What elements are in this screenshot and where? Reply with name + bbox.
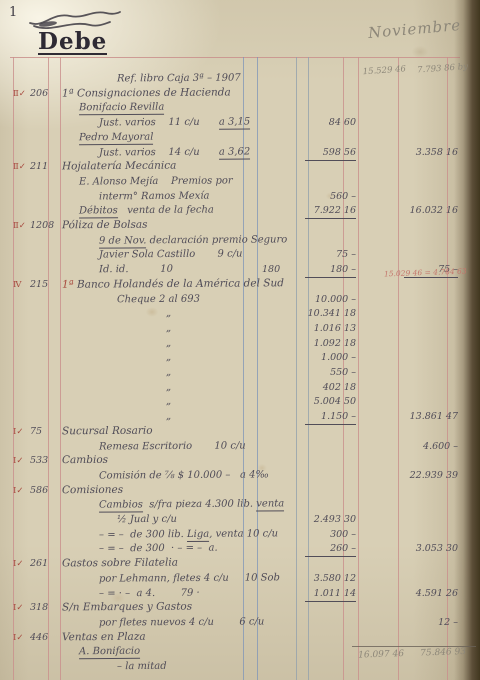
entry-text: – = – de 300 · – = – a. bbox=[99, 542, 218, 556]
ledger-row: Comisión de ⅞ $ 10.000 – a 4‰22.939 39 bbox=[0, 469, 478, 484]
amount-total: 4.591 26 bbox=[404, 587, 458, 600]
entry-text-part: „ bbox=[166, 308, 171, 319]
ledger-row: Ⅰ✓318S/n Embarques y Gastos bbox=[0, 601, 478, 616]
entry-text-part: Bonifacio Revilla bbox=[79, 102, 164, 116]
entry-text-part: – = – de 300 · – = – a. bbox=[99, 543, 218, 555]
entry-text: Cambios bbox=[62, 454, 108, 467]
entry-text: por Lehmann, fletes 4 c/u 10 Sob bbox=[99, 571, 280, 585]
ledger-row: „402 18 bbox=[0, 381, 478, 396]
ledger-row: 9 de Nov. declaración premio Seguro bbox=[0, 234, 478, 249]
amount-partial: 2.493 30 bbox=[305, 513, 356, 526]
amount-partial: 7.922 16 bbox=[305, 204, 356, 219]
amount-total: 16.032 16 bbox=[404, 204, 458, 217]
entry-text-part: por Lehmann, fletes 4 c/u 10 Sob bbox=[99, 572, 280, 584]
ledger-row: E. Alonso Mejía Premios por bbox=[0, 175, 478, 190]
entry-text: Just. varios 14 c/u a 3,62 bbox=[99, 145, 250, 159]
entry-text-part: Pedro Mayoral bbox=[79, 132, 153, 146]
amount-partial: 402 18 bbox=[305, 381, 356, 394]
entry-text-part: Banco Holandés de la América del Sud bbox=[77, 277, 284, 290]
entry-text-part: Id. id. 10 bbox=[99, 264, 173, 276]
ledger-row: – = – de 300 lib. Liga, venta 10 c/u300 … bbox=[0, 528, 478, 543]
entry-text: Comisiones bbox=[62, 483, 123, 496]
entry-text: – = · – a 4. 79 · bbox=[99, 586, 200, 600]
entry-text: „ bbox=[166, 381, 171, 394]
entry-text: „ bbox=[166, 366, 171, 379]
entry-text: – = – de 300 lib. Liga, venta 10 c/u bbox=[99, 527, 278, 541]
entry-text: Ref. libro Caja 3ª – 1907 bbox=[117, 72, 241, 86]
entry-text: Comisión de ⅞ $ 10.000 – a 4‰ bbox=[99, 468, 269, 482]
ledger-row: Pedro Mayoral bbox=[0, 131, 478, 146]
ledger-row: Remesa Escritorio 10 c/u4.600 – bbox=[0, 440, 478, 455]
entry-text: – la mitad bbox=[117, 660, 167, 673]
entry-text-part: Comisiones bbox=[62, 483, 123, 495]
entry-text-part: Javier Sola Castillo 9 c/u bbox=[99, 249, 243, 261]
pencil-total-bottom-left: 16.097 46 bbox=[348, 649, 404, 661]
entry-text-part: S/n Embarques y Gastos bbox=[62, 601, 192, 614]
account-number: 211 bbox=[30, 160, 58, 173]
amount-partial: 1.011 14 bbox=[305, 587, 356, 602]
ledger-row: Javier Sola Castillo 9 c/u75 – bbox=[0, 248, 478, 263]
month-label: Noviembre bbox=[367, 16, 461, 42]
entry-text-part: E. Alonso Mejía Premios por bbox=[79, 175, 233, 187]
ledger-row: Ⅰ✓446Ventas en Plaza bbox=[0, 631, 478, 646]
amount-total: 3.053 30 bbox=[404, 542, 458, 555]
entry-text: 9 de Nov. declaración premio Seguro bbox=[99, 233, 287, 247]
amount-partial: 84 60 bbox=[305, 116, 356, 129]
entry-text: interm° Ramos Mexía bbox=[99, 189, 210, 203]
entry-text: S/n Embarques y Gastos bbox=[62, 601, 192, 615]
entry-text: Ventas en Plaza bbox=[62, 630, 146, 644]
ledger-row: „1.150 –13.861 47 bbox=[0, 410, 478, 425]
page-title: Debe bbox=[38, 30, 107, 55]
amount-partial: 1.000 – bbox=[305, 351, 356, 364]
entry-text-part: a 3,62 bbox=[219, 146, 250, 159]
entry-text-part: A. Bonifacio bbox=[79, 646, 140, 659]
entry-text-part: interm° Ramos Mexía bbox=[99, 190, 210, 202]
entry-text-part: 1ª bbox=[62, 87, 77, 99]
ledger-row: Cambios s/fra pieza 4.300 lib. venta bbox=[0, 498, 478, 513]
amount-total: 13.861 47 bbox=[404, 410, 458, 423]
ledger-row: – = · – a 4. 79 ·1.011 144.591 26 bbox=[0, 587, 478, 602]
ledger-row: ½ Jual y c/u2.493 30 bbox=[0, 513, 478, 528]
check-mark: Ⅱ✓ bbox=[13, 161, 26, 174]
entry-text: por fletes nuevos 4 c/u 6 c/u bbox=[99, 615, 264, 629]
amount-partial: 598 56 bbox=[305, 146, 356, 161]
ledger-row: „1.000 – bbox=[0, 351, 478, 366]
entry-text-part: declaración premio Seguro bbox=[146, 234, 287, 246]
amount-partial: 10.000 – bbox=[305, 293, 356, 306]
account-number: 75 bbox=[30, 425, 58, 438]
ledger-row: „550 – bbox=[0, 366, 478, 381]
entry-text-part: Ref. libro Caja 3ª – 1907 bbox=[117, 73, 241, 85]
entry-text-part: – = · – a 4. 79 · bbox=[99, 587, 200, 599]
entry-text-part: – = – de 300 lib. bbox=[99, 529, 187, 541]
top-rule-line bbox=[10, 57, 460, 58]
check-mark: Ⅰ✓ bbox=[13, 632, 23, 645]
entry-text: Just. varios 11 c/u a 3,15 bbox=[99, 116, 250, 130]
check-mark: Ⅰ✓ bbox=[13, 426, 23, 439]
amount-total: 12 – bbox=[404, 616, 458, 629]
entry-text: Cambios s/fra pieza 4.300 lib. venta bbox=[99, 498, 284, 512]
account-number: 215 bbox=[30, 278, 58, 291]
entry-text: „ bbox=[166, 395, 171, 408]
entry-text-part: Just. varios 14 c/u bbox=[99, 146, 219, 158]
ledger-row: – la mitad bbox=[0, 660, 478, 675]
ledger-row: Ref. libro Caja 3ª – 1907 bbox=[0, 72, 478, 87]
check-mark: Ⅱ✓ bbox=[13, 220, 26, 233]
entry-text: 1ª Consignaciones de Hacienda bbox=[62, 86, 231, 100]
ledger-row: „5.004 50 bbox=[0, 395, 478, 410]
ledger-row: por fletes nuevos 4 c/u 6 c/u12 – bbox=[0, 616, 478, 631]
entry-text: „ bbox=[166, 410, 171, 423]
ledger-row: interm° Ramos Mexía560 – bbox=[0, 190, 478, 205]
ledger-row: „1.016 13 bbox=[0, 322, 478, 337]
ledger-row: Bonifacio Revilla bbox=[0, 101, 478, 116]
entry-text: Remesa Escritorio 10 c/u bbox=[99, 439, 246, 453]
entry-text-part: 9 de Nov. bbox=[99, 235, 147, 248]
check-mark: Ⅰ✓ bbox=[13, 485, 23, 498]
entry-text: Póliza de Bolsas bbox=[62, 219, 148, 233]
entry-text: „ bbox=[166, 337, 171, 350]
pencil-total-bottom-right: 75.846 93 bbox=[408, 647, 466, 659]
entry-text-part: „ bbox=[166, 323, 171, 334]
entry-text-part: Cheque 2 al 693 bbox=[117, 293, 200, 305]
entry-text-part: „ bbox=[166, 352, 171, 363]
entry-text: Gastos sobre Filatelia bbox=[62, 557, 178, 571]
account-number: 206 bbox=[30, 87, 58, 100]
account-number: 446 bbox=[30, 631, 58, 644]
entry-text-part: venta de la fecha bbox=[118, 205, 214, 217]
check-mark: Ⅰ✓ bbox=[13, 455, 23, 468]
ledger-row: Just. varios 11 c/u a 3,1584 60 bbox=[0, 116, 478, 131]
entry-text-part: Póliza de Bolsas bbox=[62, 219, 148, 232]
ledger-row: Ⅱ✓1208Póliza de Bolsas bbox=[0, 219, 478, 234]
ledger-row: Ⅰ✓75Sucursal Rosario bbox=[0, 425, 478, 440]
ledger-row: „10.341 18 bbox=[0, 307, 478, 322]
ledger-row: por Lehmann, fletes 4 c/u 10 Sob3.580 12 bbox=[0, 572, 478, 587]
entry-text: Bonifacio Revilla bbox=[79, 101, 164, 115]
entry-text-part: Hojalatería Mecánica bbox=[62, 160, 176, 173]
amount-partial: 1.092 18 bbox=[305, 337, 356, 350]
entry-text-part: s/fra pieza 4.300 lib. bbox=[143, 499, 256, 511]
amount-total: 22.939 39 bbox=[404, 469, 458, 482]
amount-gap: 180 bbox=[262, 263, 294, 276]
entry-text-part: „ bbox=[166, 396, 171, 407]
entry-text-part: – la mitad bbox=[117, 661, 167, 672]
entry-text-part: „ bbox=[166, 382, 171, 393]
amount-partial: 300 – bbox=[305, 528, 356, 541]
entry-text: Cheque 2 al 693 bbox=[117, 292, 200, 306]
entry-text-part: Débitos bbox=[79, 205, 118, 218]
ledger-row: – = – de 300 · – = – a.260 –3.053 30 bbox=[0, 542, 478, 557]
entry-text-part: Sucursal Rosario bbox=[62, 424, 153, 437]
entry-text-part: a 3,15 bbox=[219, 117, 250, 130]
ledger-row: Cheque 2 al 69310.000 – bbox=[0, 293, 478, 308]
entry-text-part: por fletes nuevos 4 c/u 6 c/u bbox=[99, 616, 264, 628]
check-mark: Ⅰ✓ bbox=[13, 602, 23, 615]
entry-text-part: „ bbox=[166, 411, 171, 422]
ledger-row: Ⅰ✓533Cambios bbox=[0, 454, 478, 469]
account-number: 318 bbox=[30, 601, 58, 614]
amount-partial: 1.016 13 bbox=[305, 322, 356, 335]
ledger-row: Ⅰ✓586Comisiones bbox=[0, 484, 478, 499]
entry-text: ½ Jual y c/u bbox=[117, 513, 177, 526]
entry-text-part: 1ª bbox=[62, 278, 77, 290]
amount-partial: 550 – bbox=[305, 366, 356, 379]
entry-text: 1ª Banco Holandés de la América del Sud bbox=[62, 277, 284, 292]
amount-partial: 560 – bbox=[305, 190, 356, 203]
ledger-row: „1.092 18 bbox=[0, 337, 478, 352]
entry-text-part: Cambios bbox=[62, 454, 108, 466]
amount-partial: 75 – bbox=[305, 248, 356, 261]
amount-total: 4.600 – bbox=[404, 440, 458, 453]
account-number: 1208 bbox=[30, 219, 58, 232]
entry-text-part: „ bbox=[166, 367, 171, 378]
ledger-row: Débitos venta de la fecha7.922 1616.032 … bbox=[0, 204, 478, 219]
entry-text: A. Bonifacio bbox=[79, 645, 140, 658]
account-number: 586 bbox=[30, 484, 58, 497]
entry-text-part: Just. varios 11 c/u bbox=[99, 117, 219, 129]
check-mark: Ⅰ✓ bbox=[13, 558, 23, 571]
entry-text-part: Comisión de ⅞ $ 10.000 – a 4‰ bbox=[99, 469, 269, 481]
entry-text-part: Gastos sobre Filatelia bbox=[62, 557, 178, 570]
entry-text-part: ½ Jual y c/u bbox=[117, 514, 177, 525]
entry-text-part: , venta 10 c/u bbox=[209, 528, 278, 539]
entry-text: E. Alonso Mejía Premios por bbox=[79, 174, 233, 188]
ledger-row: Ⅰ✓261Gastos sobre Filatelia bbox=[0, 557, 478, 572]
amount-partial: 260 – bbox=[305, 542, 356, 557]
check-mark: Ⅱ✓ bbox=[13, 88, 26, 101]
entry-text-part: Consignaciones de Hacienda bbox=[77, 86, 231, 99]
entry-text: „ bbox=[166, 322, 171, 335]
entry-text: „ bbox=[166, 307, 171, 320]
amount-total: 3.358 16 bbox=[404, 146, 458, 159]
entry-text: Javier Sola Castillo 9 c/u bbox=[99, 248, 243, 262]
account-number: 533 bbox=[30, 454, 58, 467]
ledger-row: Just. varios 14 c/u a 3,62598 563.358 16 bbox=[0, 146, 478, 161]
entry-text: Id. id. 10 bbox=[99, 263, 173, 277]
check-mark: Ⅳ bbox=[13, 279, 22, 292]
entry-text: Sucursal Rosario bbox=[62, 424, 153, 438]
amount-partial: 180 – bbox=[305, 263, 356, 278]
ledger-page: 1 Debe Noviembre 15.529 46 7.793 86 by R… bbox=[0, 0, 480, 680]
ledger-row: Ⅱ✓2061ª Consignaciones de Hacienda bbox=[0, 87, 478, 102]
entry-text-part: „ bbox=[166, 338, 171, 349]
entry-text-part: Ventas en Plaza bbox=[62, 630, 146, 643]
ledger-row: Ⅱ✓211Hojalatería Mecánica bbox=[0, 160, 478, 175]
amount-partial: 3.580 12 bbox=[305, 572, 356, 585]
page-number: 1 bbox=[9, 5, 17, 20]
account-number: 261 bbox=[30, 557, 58, 570]
entry-text: Pedro Mayoral bbox=[79, 131, 153, 145]
entry-text: Débitos venta de la fecha bbox=[79, 204, 214, 218]
entry-text: Hojalatería Mecánica bbox=[62, 160, 176, 174]
entry-text: „ bbox=[166, 351, 171, 364]
entry-text-part: Remesa Escritorio 10 c/u bbox=[99, 440, 246, 452]
amount-partial: 5.004 50 bbox=[305, 395, 356, 408]
ledger-row: Ⅳ2151ª Banco Holandés de la América del … bbox=[0, 278, 478, 293]
amount-partial: 1.150 – bbox=[305, 410, 356, 425]
entry-text-part: venta bbox=[256, 499, 284, 512]
ledger-row: A. Bonifacio bbox=[0, 645, 478, 660]
entry-text-part: Liga bbox=[187, 529, 209, 542]
amount-partial: 10.341 18 bbox=[305, 307, 356, 320]
entry-text-part: Cambios bbox=[99, 500, 143, 513]
